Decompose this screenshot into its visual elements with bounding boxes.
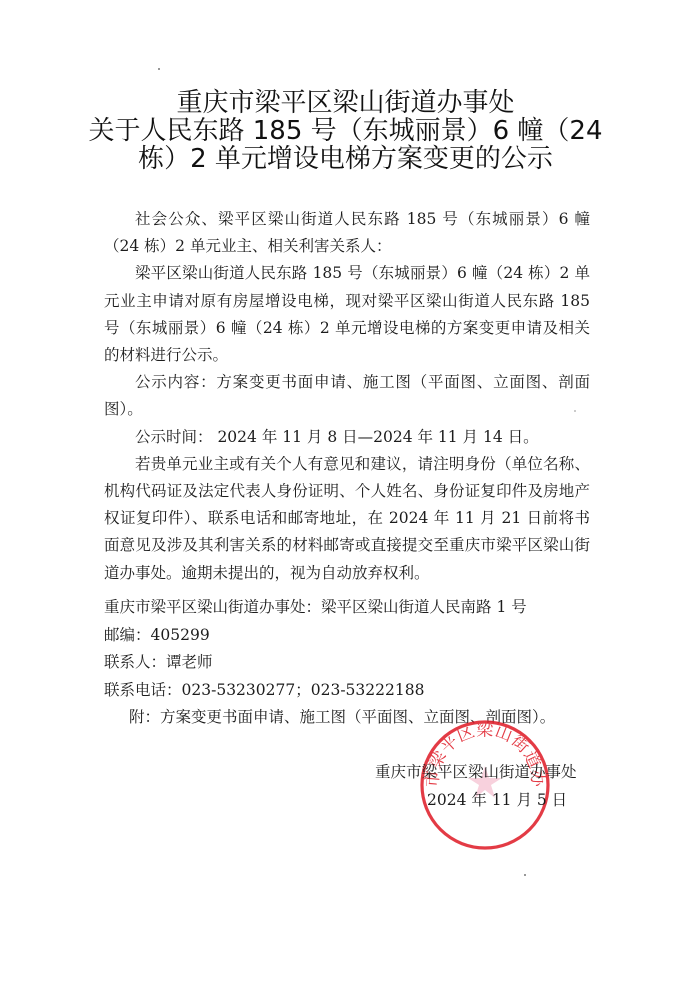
- contact-address: 重庆市梁平区梁山街道办事处：梁平区梁山街道人民南路 1 号: [104, 594, 527, 622]
- address-value: 梁平区梁山街道人民南路 1 号: [321, 598, 527, 616]
- period-value: 2024 年 11 月 8 日—2024 年 11 月 14 日。: [213, 428, 539, 446]
- contact-postcode: 邮编：405299: [104, 622, 527, 650]
- contact-person: 联系人：谭老师: [104, 649, 527, 677]
- postcode-label: 邮编：: [104, 626, 151, 644]
- paragraph-objection: 若贵单元业主或有关个人有意见和建议，请注明身份（单位名称、机构代码证及法定代表人…: [104, 451, 590, 587]
- phone-label: 联系电话：: [104, 681, 182, 699]
- attachment-label: 附：: [129, 708, 160, 726]
- address-label: 重庆市梁平区梁山街道办事处：: [104, 598, 321, 616]
- paragraph-application: 梁平区梁山街道人民东路 185 号（东城丽景）6 幢（24 栋）2 单元业主申请…: [104, 260, 590, 369]
- person-label: 联系人：: [104, 653, 166, 671]
- contact-phone: 联系电话：023-53230277；023-53222188: [104, 677, 527, 705]
- content-label: 公示内容：: [135, 373, 216, 391]
- scan-speck: [158, 68, 160, 70]
- document-title: 重庆市梁平区梁山街道办事处 关于人民东路 185 号（东城丽景）6 幢（24 栋…: [0, 89, 691, 173]
- contact-block: 重庆市梁平区梁山街道办事处：梁平区梁山街道人民南路 1 号 邮编：405299 …: [104, 594, 527, 704]
- scan-speck: [574, 410, 576, 412]
- postcode-value: 405299: [151, 626, 210, 644]
- phone-value: 023-53230277；023-53222188: [182, 681, 425, 699]
- signature-organization: 重庆市梁平区梁山街道办事处: [375, 760, 577, 782]
- title-line-1: 重庆市梁平区梁山街道办事处: [0, 89, 691, 117]
- scan-speck: [524, 874, 526, 876]
- official-seal-icon: 重庆市梁平区梁山街道办事处: [418, 718, 552, 852]
- document-body: 社会公众、梁平区梁山街道人民东路 185 号（东城丽景）6 幢（24 栋）2 单…: [104, 206, 590, 587]
- salutation: 社会公众、梁平区梁山街道人民东路 185 号（东城丽景）6 幢（24 栋）2 单…: [104, 206, 590, 260]
- signature-date: 2024 年 11 月 5 日: [427, 788, 567, 810]
- paragraph-period: 公示时间： 2024 年 11 月 8 日—2024 年 11 月 14 日。: [104, 424, 590, 451]
- person-value: 谭老师: [166, 653, 213, 671]
- title-line-2: 关于人民东路 185 号（东城丽景）6 幢（24: [0, 117, 691, 145]
- period-label: 公示时间：: [135, 428, 213, 446]
- paragraph-content: 公示内容：方案变更书面申请、施工图（平面图、立面图、剖面图）。: [104, 369, 590, 423]
- title-line-3: 栋）2 单元增设电梯方案变更的公示: [0, 145, 691, 173]
